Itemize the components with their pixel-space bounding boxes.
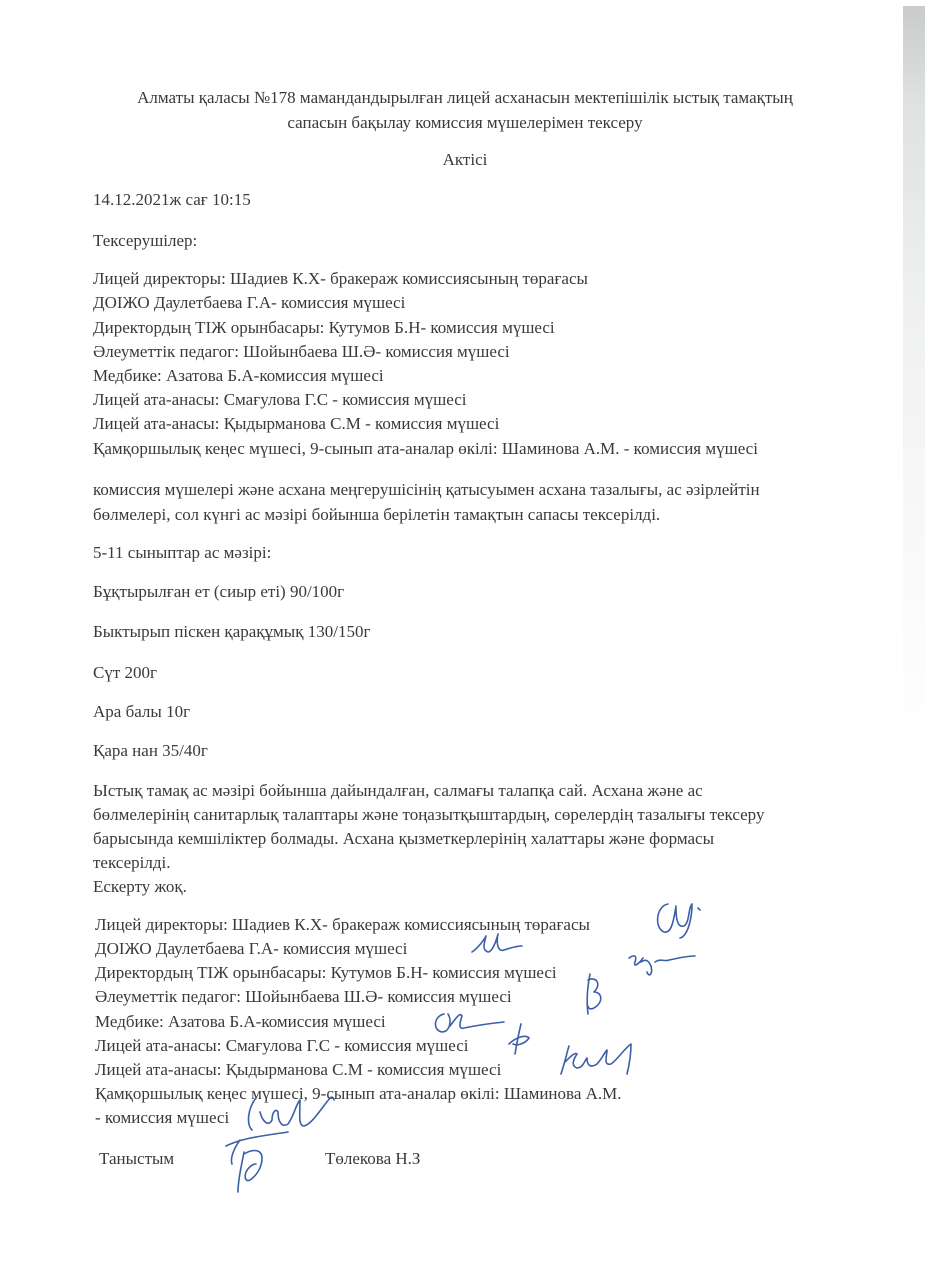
conclusion-line: бөлмелерінің санитарлық талаптары және т… xyxy=(93,803,764,827)
acknowledged-name: Төлекова Н.З xyxy=(325,1147,420,1171)
signatory-item: Медбике: Азатова Б.А-комиссия мүшесі xyxy=(95,1010,386,1034)
inspector-item: ДОІЖО Даулетбаева Г.А- комиссия мүшесі xyxy=(93,291,405,315)
title-line-2: сапасын бақылау комиссия мүшелерімен тек… xyxy=(0,111,930,135)
inspector-item: Лицей ата-анасы: Смағулова Г.С - комисси… xyxy=(93,388,466,412)
signatory-item: - комиссия мүшесі xyxy=(95,1106,229,1130)
menu-label: 5-11 сыныптар ас мәзірі: xyxy=(93,541,271,565)
inspector-item: Әлеуметтік педагог: Шойынбаева Ш.Ә- коми… xyxy=(93,340,510,364)
menu-item: Қара нан 35/40г xyxy=(93,739,208,763)
menu-item: Ара балы 10г xyxy=(93,700,190,724)
signature-icon xyxy=(222,1128,292,1203)
inspector-item: Қамқоршылық кеңес мүшесі, 9-сынып ата-ан… xyxy=(93,437,758,461)
inspector-item: Директордың ТІЖ орынбасары: Кутумов Б.Н-… xyxy=(93,316,555,340)
signature-icon xyxy=(505,1020,535,1065)
document-subtitle: Актісі xyxy=(0,148,930,172)
acknowledged-label: Таныстым xyxy=(99,1147,174,1171)
conclusion-line: тексерілді. xyxy=(93,851,170,875)
no-remarks-note: Ескерту жоқ. xyxy=(93,875,187,899)
conclusion-line: Ыстық тамақ ас мәзірі бойынша дайындалға… xyxy=(93,779,703,803)
signatory-item: Әлеуметтік педагог: Шойынбаева Ш.Ә- коми… xyxy=(95,985,512,1009)
menu-item: Бұқтырылған ет (сиыр еті) 90/100г xyxy=(93,580,344,604)
act-document: Алматы қаласы №178 мамандандырылған лице… xyxy=(0,0,930,1280)
title-line-1: Алматы қаласы №178 мамандандырылған лице… xyxy=(0,86,930,110)
inspector-item: Медбике: Азатова Б.А-комиссия мүшесі xyxy=(93,364,384,388)
date-time: 14.12.2021ж сағ 10:15 xyxy=(93,188,251,212)
signatory-item: Қамқоршылық кеңес мүшесі, 9-сынып ата-ан… xyxy=(95,1082,622,1106)
inspector-item: Лицей директоры: Шадиев К.Х- бракераж ко… xyxy=(93,267,588,291)
signatory-item: Лицей ата-анасы: Қыдырманова С.М - комис… xyxy=(95,1058,501,1082)
signature-icon xyxy=(430,1008,510,1043)
menu-item: Сүт 200г xyxy=(93,661,157,685)
signature-icon xyxy=(555,1040,645,1085)
inspector-item: Лицей ата-анасы: Қыдырманова С.М - комис… xyxy=(93,412,499,436)
menu-item: Быктырып піскен қарақұмық 130/150г xyxy=(93,620,370,644)
signature-icon xyxy=(468,930,528,965)
signature-icon xyxy=(580,970,610,1025)
signatory-item: Лицей ата-анасы: Смағулова Г.С - комисси… xyxy=(95,1034,468,1058)
signatory-item: ДОІЖО Даулетбаева Г.А- комиссия мүшесі xyxy=(95,937,407,961)
intro-line-2: бөлмелері, сол күнгі ас мәзірі бойынша б… xyxy=(93,503,660,527)
intro-line-1: комиссия мүшелері және асхана меңгерушіс… xyxy=(93,478,760,502)
conclusion-line: барысында кемшіліктер болмады. Асхана қы… xyxy=(93,827,714,851)
signature-icon xyxy=(625,948,700,988)
signature-icon xyxy=(652,898,712,948)
inspectors-label: Тексерушілер: xyxy=(93,229,197,253)
